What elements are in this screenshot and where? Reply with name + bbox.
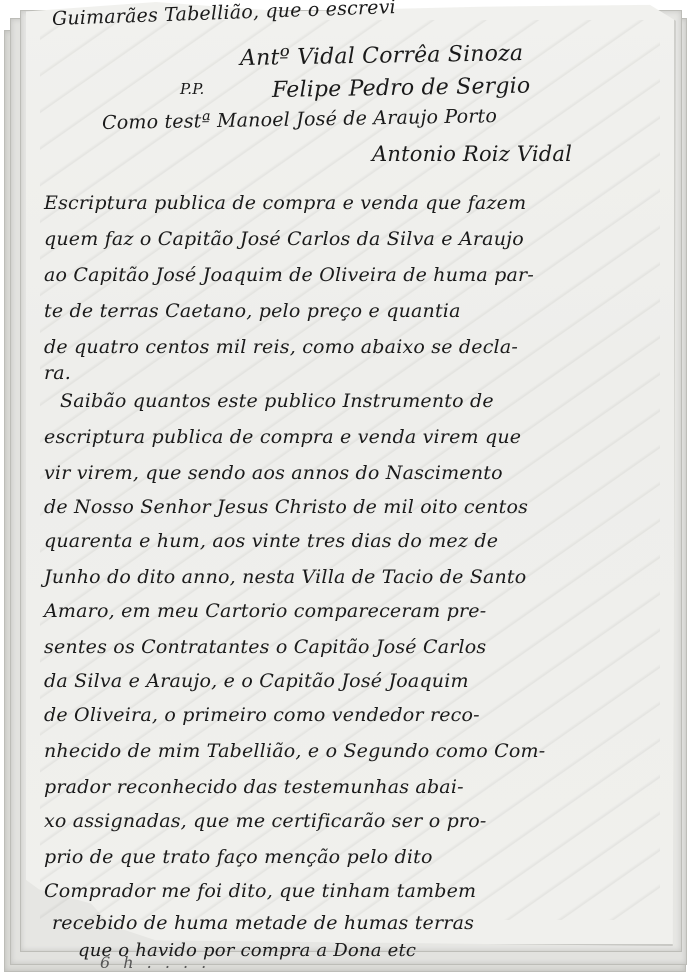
body-line-14: sentes os Contratantes o Capitão José Ca… xyxy=(44,636,486,658)
body-line-9: vir virem, que sendo aos annos do Nascim… xyxy=(44,462,503,484)
body-line-13: Amaro, em meu Cartorio compareceram pre- xyxy=(44,600,486,622)
body-line-5: de quatro centos mil reis, como abaixo s… xyxy=(44,336,518,358)
body-line-19: xo assignadas, que me certificarão ser o… xyxy=(44,810,486,832)
body-line-6: ra. xyxy=(44,362,71,384)
body-line-16: de Oliveira, o primeiro como vendedor re… xyxy=(44,704,480,726)
body-line-8: escriptura publica de compra e venda vir… xyxy=(44,426,521,448)
body-line-18: prador reconhecido das testemunhas abai- xyxy=(44,776,464,798)
body-line-21: Comprador me foi dito, que tinham tambem xyxy=(44,880,476,902)
body-line-3: ao Capitão José Joaquim de Oliveira de h… xyxy=(44,264,534,286)
body-line-2: quem faz o Capitão José Carlos da Silva … xyxy=(44,228,524,250)
header-prefix-mark: P.P. xyxy=(180,80,204,98)
body-line-22: recebido de huma metade de humas terras xyxy=(52,912,474,934)
body-line-10: de Nosso Senhor Jesus Christo de mil oit… xyxy=(44,496,528,518)
body-line-11: quarenta e hum, aos vinte tres dias do m… xyxy=(44,530,498,552)
body-line-12: Junho do dito anno, nesta Villa de Tacio… xyxy=(44,566,526,588)
header-signature-2: Felipe Pedro de Sergio xyxy=(272,73,531,103)
header-signature-3: Antonio Roiz Vidal xyxy=(372,142,572,166)
body-line-15: da Silva e Araujo, e o Capitão José Joaq… xyxy=(44,670,469,692)
body-line-4: te de terras Caetano, pelo preço e quant… xyxy=(44,300,461,322)
body-line-20: prio de que trato faço menção pelo dito xyxy=(44,846,433,868)
body-line-7: Saibão quantos este publico Instrumento … xyxy=(60,390,494,412)
body-line-17: nhecido de mim Tabellião, e o Segundo co… xyxy=(44,740,545,762)
header-signature-1: Antº Vidal Corrêa Sinoza xyxy=(240,41,524,71)
underlying-page-text-fragment: 6 h . . . . xyxy=(100,953,210,972)
body-line-1: Escriptura publica de compra e venda que… xyxy=(44,192,526,214)
